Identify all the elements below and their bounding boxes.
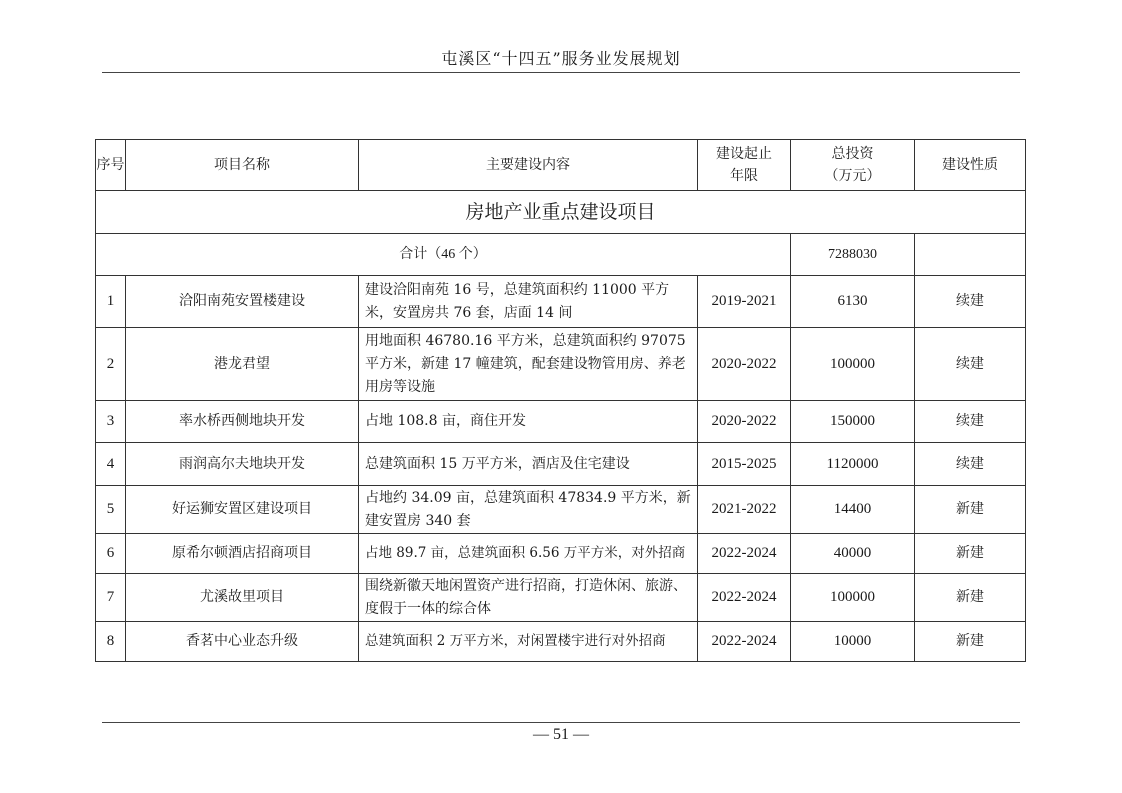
row-project-name: 洽阳南苑安置楼建设 [126, 276, 359, 328]
row-project-name: 率水桥西侧地块开发 [126, 401, 359, 443]
row-seq: 5 [96, 486, 126, 534]
table-row: 1 洽阳南苑安置楼建设 建设洽阳南苑 16 号，总建筑面积约 11000 平方米… [96, 276, 1026, 328]
row-content: 总建筑面积 15 万平方米，酒店及住宅建设 [359, 443, 698, 486]
row-seq: 2 [96, 328, 126, 401]
header-divider [102, 72, 1020, 73]
section-title: 房地产业重点建设项目 [96, 191, 1026, 234]
col-header-seq: 序号 [96, 140, 126, 191]
table-row: 3 率水桥西侧地块开发 占地 108.8 亩，商住开发 2020-2022 15… [96, 401, 1026, 443]
row-period: 2020-2022 [698, 401, 791, 443]
table-row: 8 香茗中心业态升级 总建筑面积 2 万平方米，对闲置楼宇进行对外招商 2022… [96, 622, 1026, 662]
table-header-row: 序号 项目名称 主要建设内容 建设起止 年限 总投资 （万元） 建设性质 [96, 140, 1026, 191]
row-content: 用地面积 46780.16 平方米，总建筑面积约 97075 平方米，新建 17… [359, 328, 698, 401]
row-nature: 续建 [915, 401, 1026, 443]
table-row: 5 好运狮安置区建设项目 占地约 34.09 亩，总建筑面积 47834.9 平… [96, 486, 1026, 534]
row-investment: 10000 [791, 622, 915, 662]
row-project-name: 香茗中心业态升级 [126, 622, 359, 662]
page-number: — 51 — [102, 724, 1020, 746]
row-investment: 40000 [791, 534, 915, 574]
row-investment: 100000 [791, 574, 915, 622]
row-project-name: 雨润高尔夫地块开发 [126, 443, 359, 486]
page-header-title: 屯溪区“十四五”服务业发展规划 [102, 46, 1020, 72]
row-seq: 3 [96, 401, 126, 443]
row-period: 2022-2024 [698, 622, 791, 662]
row-project-name: 港龙君望 [126, 328, 359, 401]
row-investment: 14400 [791, 486, 915, 534]
row-project-name: 好运狮安置区建设项目 [126, 486, 359, 534]
total-label: 合计（46 个） [96, 234, 791, 276]
row-period: 2021-2022 [698, 486, 791, 534]
row-seq: 6 [96, 534, 126, 574]
total-row: 合计（46 个） 7288030 [96, 234, 1026, 276]
total-nature [915, 234, 1026, 276]
row-content: 总建筑面积 2 万平方米，对闲置楼宇进行对外招商 [359, 622, 698, 662]
row-nature: 新建 [915, 622, 1026, 662]
row-investment: 1120000 [791, 443, 915, 486]
row-seq: 1 [96, 276, 126, 328]
row-nature: 新建 [915, 574, 1026, 622]
col-header-period: 建设起止 年限 [698, 140, 791, 191]
row-nature: 新建 [915, 534, 1026, 574]
row-period: 2022-2024 [698, 534, 791, 574]
col-header-investment-line2: （万元） [797, 165, 908, 187]
table-row: 4 雨润高尔夫地块开发 总建筑面积 15 万平方米，酒店及住宅建设 2015-2… [96, 443, 1026, 486]
footer-divider [102, 722, 1020, 723]
row-nature: 续建 [915, 276, 1026, 328]
row-seq: 4 [96, 443, 126, 486]
row-period: 2019-2021 [698, 276, 791, 328]
row-nature: 续建 [915, 328, 1026, 401]
row-nature: 新建 [915, 486, 1026, 534]
row-period: 2015-2025 [698, 443, 791, 486]
section-title-row: 房地产业重点建设项目 [96, 191, 1026, 234]
row-content: 占地 89.7 亩，总建筑面积 6.56 万平方米，对外招商 [359, 534, 698, 574]
col-header-name: 项目名称 [126, 140, 359, 191]
project-table: 序号 项目名称 主要建设内容 建设起止 年限 总投资 （万元） 建设性质 房地产… [95, 139, 1026, 662]
row-content: 建设洽阳南苑 16 号，总建筑面积约 11000 平方米，安置房共 76 套，店… [359, 276, 698, 328]
row-period: 2020-2022 [698, 328, 791, 401]
col-header-period-line1: 建设起止 [704, 143, 784, 165]
col-header-investment-line1: 总投资 [797, 143, 908, 165]
row-project-name: 尤溪故里项目 [126, 574, 359, 622]
row-seq: 8 [96, 622, 126, 662]
row-investment: 150000 [791, 401, 915, 443]
row-seq: 7 [96, 574, 126, 622]
col-header-investment: 总投资 （万元） [791, 140, 915, 191]
col-header-content: 主要建设内容 [359, 140, 698, 191]
table-row: 7 尤溪故里项目 围绕新徽天地闲置资产进行招商，打造休闲、旅游、度假于一体的综合… [96, 574, 1026, 622]
table-row: 2 港龙君望 用地面积 46780.16 平方米，总建筑面积约 97075 平方… [96, 328, 1026, 401]
row-content: 占地约 34.09 亩，总建筑面积 47834.9 平方米，新建安置房 340 … [359, 486, 698, 534]
row-investment: 6130 [791, 276, 915, 328]
row-content: 围绕新徽天地闲置资产进行招商，打造休闲、旅游、度假于一体的综合体 [359, 574, 698, 622]
table-row: 6 原希尔顿酒店招商项目 占地 89.7 亩，总建筑面积 6.56 万平方米，对… [96, 534, 1026, 574]
total-investment: 7288030 [791, 234, 915, 276]
row-investment: 100000 [791, 328, 915, 401]
row-nature: 续建 [915, 443, 1026, 486]
row-project-name: 原希尔顿酒店招商项目 [126, 534, 359, 574]
row-content: 占地 108.8 亩，商住开发 [359, 401, 698, 443]
row-period: 2022-2024 [698, 574, 791, 622]
col-header-period-line2: 年限 [704, 165, 784, 187]
col-header-nature: 建设性质 [915, 140, 1026, 191]
